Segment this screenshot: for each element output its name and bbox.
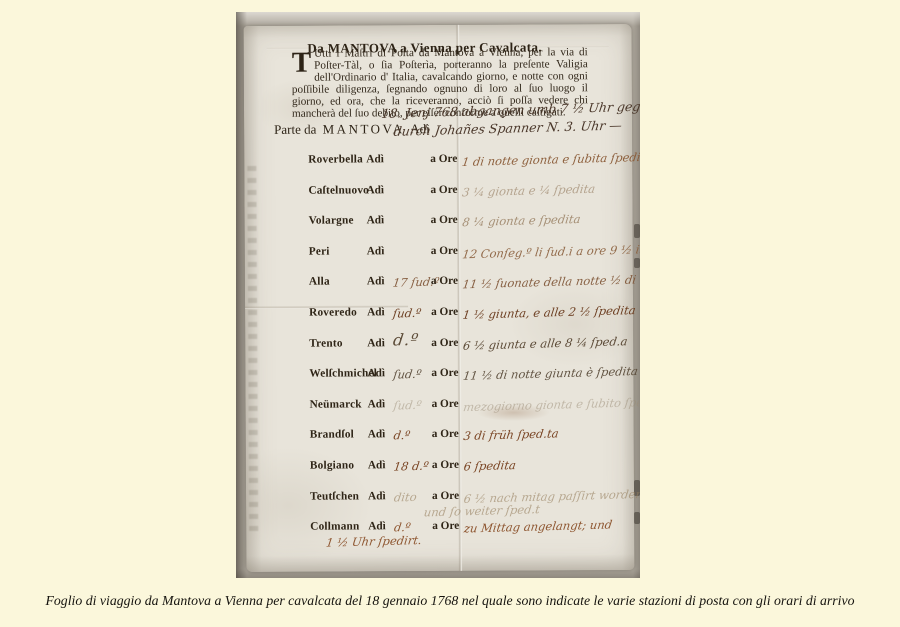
ore-handwriting: 1 di notte gionta e ſubita ſpedita <box>461 150 640 169</box>
ore-handwriting: 11 ½ ſuonate della notte ½ di matina <box>462 272 640 292</box>
ore-handwriting: mezogiorno gionta e ſubito ſpedita <box>462 394 640 414</box>
ore-handwriting-line2: und ſo weiter ſped.t <box>423 502 541 519</box>
ore-label: a Ore <box>432 520 459 532</box>
adl-label: Adì <box>366 153 384 165</box>
ore-label: a Ore <box>431 306 458 318</box>
ore-label: a Ore <box>432 459 459 471</box>
ore-handwriting-line2: 1 ½ Uhr ſpedirt. <box>325 533 422 550</box>
ore-handwriting: 6 ſpedita <box>463 458 517 473</box>
station-name: Caſtelnuovo <box>308 184 369 196</box>
station-name: Roverbella <box>308 153 363 165</box>
adl-handwriting: 18 d.º <box>393 459 430 474</box>
ore-handwriting: 8 ¼ gionta e ſpedita <box>461 212 581 229</box>
adl-handwriting: d.º <box>392 329 420 349</box>
station-name: Peri <box>309 245 330 257</box>
paper-sheet: Da MANTOVA a Vienna per Cavalcata. TUtti… <box>244 24 635 572</box>
adl-handwriting: d.º <box>393 428 411 442</box>
adl-label: Adì <box>367 367 385 379</box>
adl-label: Adì <box>367 306 385 318</box>
station-name: Alla <box>309 276 330 288</box>
table-row: Peri Adì a Ore 12 Conſeg.º li ſud.i a or… <box>245 244 633 277</box>
ore-handwriting: 6 ½ giunta e alle 8 ¼ ſped.a <box>462 334 628 353</box>
depart-pre: Parte da <box>274 122 316 137</box>
adl-label: Adì <box>366 184 384 196</box>
adl-label: Adì <box>368 459 386 471</box>
station-name: Teutſchen <box>310 490 359 502</box>
ore-label: a Ore <box>432 489 459 501</box>
ore-handwriting: zu Mittag angelangt; und <box>463 518 613 536</box>
station-name: Bolgiano <box>310 459 354 471</box>
table-row: Bolgiano Adì 18 d.º a Ore 6 ſpedita <box>246 458 634 491</box>
adl-handwriting: ſud.º <box>392 306 422 321</box>
photo-edge-notch <box>634 512 640 524</box>
table-row: Neümarck Adì ſud.º a Ore mezogiorno gion… <box>246 397 634 430</box>
adl-label: Adì <box>367 337 385 349</box>
table-row: Welſchmichel Adì ſud.º a Ore 11 ½ di not… <box>245 366 633 399</box>
station-table: Roverbella Adì a Ore 1 di notte gionta e… <box>244 152 634 552</box>
table-row: Trento Adì d.º a Ore 6 ½ giunta e alle 8… <box>245 336 633 369</box>
table-row: Volargne Adì a Ore 8 ¼ gionta e ſpedita <box>245 213 633 246</box>
adl-handwriting: ſud.º <box>393 398 423 413</box>
adl-label: Adì <box>368 398 386 410</box>
page: Da MANTOVA a Vienna per Cavalcata. TUtti… <box>0 0 900 627</box>
ore-label: a Ore <box>430 153 457 165</box>
ore-label: a Ore <box>431 245 458 257</box>
station-name: Collmann <box>310 521 359 533</box>
photo-edge-notch <box>634 224 640 238</box>
table-row: Roverbella Adì a Ore 1 di notte gionta e… <box>244 152 632 185</box>
ore-label: a Ore <box>431 336 458 348</box>
ore-label: a Ore <box>431 214 458 226</box>
document-photo: Da MANTOVA a Vienna per Cavalcata. TUtti… <box>236 12 640 578</box>
ore-label: a Ore <box>432 398 459 410</box>
table-row: Alla Adì 17 ſud.º a Ore 11 ½ ſuonate del… <box>245 274 633 307</box>
adl-label: Adì <box>367 214 385 226</box>
adl-handwriting: ſud.º <box>392 367 422 382</box>
ore-handwriting: 11 ½ di notte giunta è ſpedita <box>462 364 639 383</box>
station-name: Roveredo <box>309 306 357 318</box>
table-row: Collmann Adì d.º a Ore zu Mittag angelan… <box>246 519 634 552</box>
adl-label: Adì <box>368 429 386 441</box>
adl-label: Adì <box>367 245 385 257</box>
caption: Foglio di viaggio da Mantova a Vienna pe… <box>0 593 900 609</box>
table-row: Teutſchen Adì dito a Ore 6 ½ nach mitag … <box>246 489 634 522</box>
ore-handwriting: 1 ½ giunta, e alle 2 ½ ſpedita <box>462 303 637 322</box>
table-row: Brandſol Adì d.º a Ore 3 di früh ſped.ta <box>246 427 634 460</box>
ore-handwriting: 12 Conſeg.º li ſud.i a ore 9 ½ italiane <box>461 241 640 261</box>
ore-label: a Ore <box>431 275 458 287</box>
station-name: Neümarck <box>310 398 362 410</box>
station-name: Trento <box>309 337 342 349</box>
adl-label: Adì <box>368 520 386 532</box>
ore-label: a Ore <box>432 428 459 440</box>
ore-label: a Ore <box>431 367 458 379</box>
table-row: Caſtelnuovo Adì a Ore 3 ¼ gionta e ¼ ſpe… <box>244 183 632 216</box>
adl-label: Adì <box>368 490 386 502</box>
station-name: Brandſol <box>310 429 354 441</box>
table-row: Roveredo Adì ſud.º a Ore 1 ½ giunta, e a… <box>245 305 633 338</box>
dropcap-letter: T <box>292 51 311 75</box>
photo-edge-notch <box>634 258 640 268</box>
adl-label: Adì <box>367 276 385 288</box>
station-name: Volargne <box>309 215 354 227</box>
ore-handwriting: 3 ¼ gionta e ¼ ſpedita <box>461 181 596 199</box>
ore-handwriting: 3 di früh ſped.ta <box>463 427 560 444</box>
ore-label: a Ore <box>430 183 457 195</box>
adl-handwriting: dito <box>393 489 417 504</box>
